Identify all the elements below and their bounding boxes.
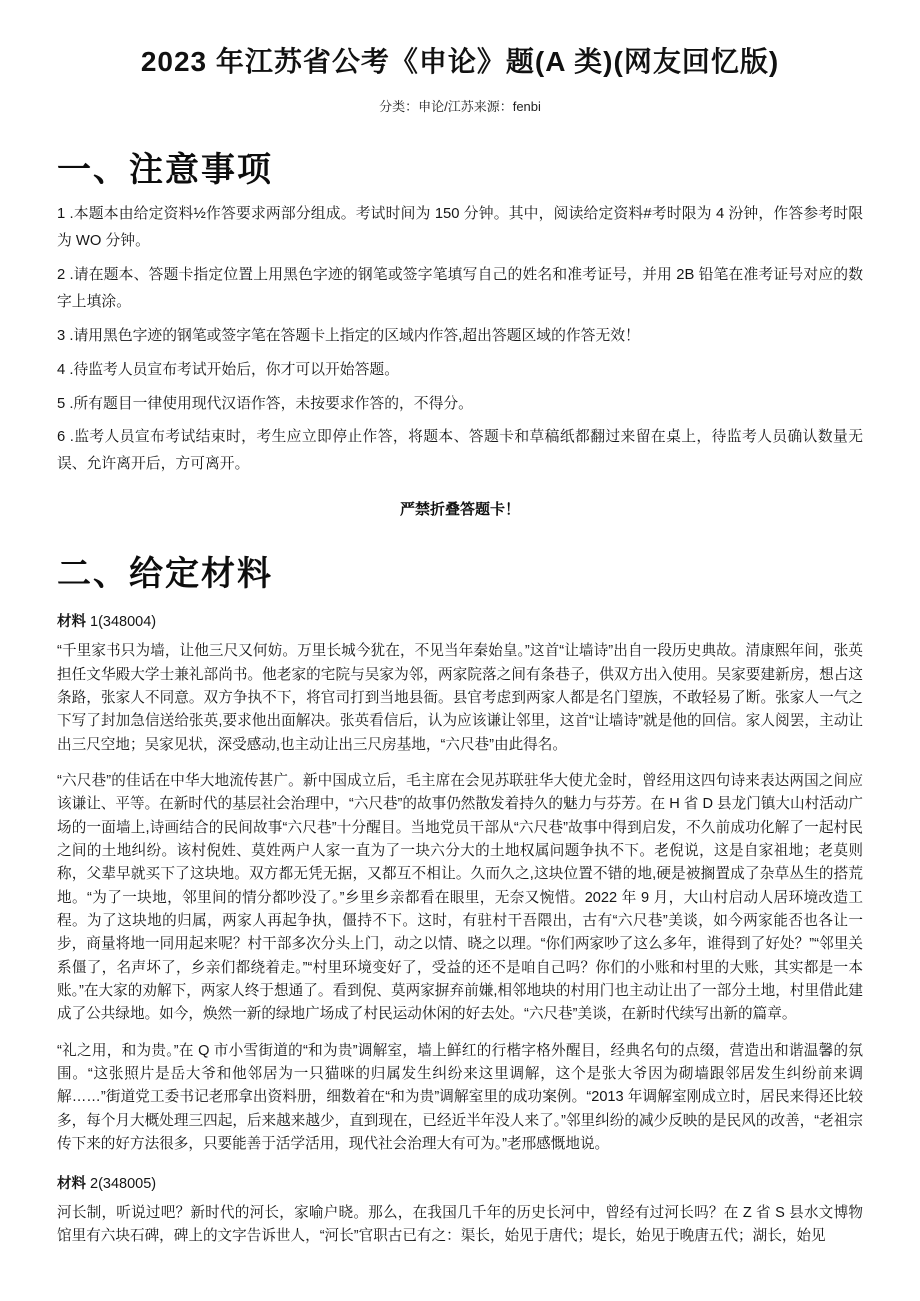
material-2-label: 材料 [57,1176,86,1192]
notice-item-2: 2 .请在题本、答题卡指定位置上用黑色字迹的钢笔或签字笔填写自己的姓名和准考证号… [57,262,863,316]
page-subtitle: 分类：申论/江苏来源：fenbi [57,96,863,115]
fold-warning-text: 严禁折叠答题卡！ [57,498,863,519]
material-1-paragraph-2: “六尺巷”的佳话在中华大地流传甚广。新中国成立后，毛主席在会见苏联驻华大使尤金时… [57,770,863,1027]
material-2-label-row: 材料2(348005) [57,1172,863,1193]
notice-item-4: 4 .待监考人员宣布考试开始后，你才可以开始答题。 [57,357,863,384]
material-2-code: 2(348005) [90,1176,156,1192]
material-1-paragraph-1: “千里家书只为墙，让他三尺又何妨。万里长城今犹在，不见当年秦始皇。”这首“让墙诗… [57,640,863,757]
notice-list: 1 .本题本由给定资料½作答要求两部分组成。考试时间为 150 分钟。其中，阅读… [57,201,863,478]
material-1-code: 1(348004) [90,614,156,630]
section-heading-notice: 一、注意事项 [57,142,863,191]
page-title: 2023 年江苏省公考《申论》题(A 类)(网友回忆版) [57,40,863,80]
material-1-label-row: 材料1(348004) [57,610,863,631]
notice-item-5: 5 .所有题目一律使用现代汉语作答，未按要求作答的，不得分。 [57,391,863,418]
material-1-label: 材料 [57,614,86,630]
notice-item-1: 1 .本题本由给定资料½作答要求两部分组成。考试时间为 150 分钟。其中，阅读… [57,201,863,255]
material-2-paragraph-1: 河长制，听说过吧？新时代的河长，家喻户晓。那么，在我国几千年的历史长河中，曾经有… [57,1202,863,1249]
notice-item-3: 3 .请用黑色字迹的钢笔或签字笔在答题卡上指定的区域内作答,超出答题区域的作答无… [57,323,863,350]
section-heading-materials: 二、给定材料 [57,546,863,595]
material-1-paragraph-3: “礼之用，和为贵。”在 Q 市小雪街道的“和为贵”调解室，墙上鲜红的行楷字格外醒… [57,1040,863,1157]
notice-item-6: 6 .监考人员宣布考试结束时，考生应立即停止作答，将题本、答题卡和草稿纸都翻过来… [57,424,863,478]
exam-document-page: 2023 年江苏省公考《申论》题(A 类)(网友回忆版) 分类：申论/江苏来源：… [0,0,920,1301]
